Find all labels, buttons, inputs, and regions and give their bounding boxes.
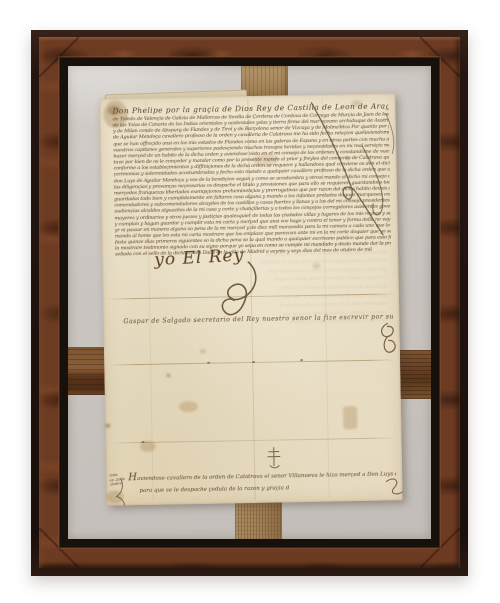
paper-stain	[166, 373, 170, 377]
cross-monogram	[268, 447, 280, 467]
manuscript-paper: omo se cumple mi mandado y desto mande d…	[99, 93, 402, 505]
mount-strip-top	[241, 66, 288, 99]
fold-stitch-mark	[252, 361, 255, 363]
mount-strip-left	[68, 347, 105, 395]
paper-stain	[343, 406, 357, 429]
paper-stain	[200, 349, 206, 354]
fold-stitch-mark	[142, 441, 145, 443]
rubric-flourish-eight	[381, 323, 395, 352]
ink-speck	[346, 156, 349, 160]
mat-board: omo se cumple mi mandado y desto mande d…	[68, 66, 431, 539]
docket-text: Haviendose cavallero de la orden de Cala…	[128, 467, 396, 497]
picture-frame: omo se cumple mi mandado y desto mande d…	[31, 30, 468, 576]
ink-speck	[363, 130, 366, 134]
margin-scribble: vistaen 26 deotubre	[109, 471, 134, 499]
frame-inner-lip: omo se cumple mi mandado y desto mande d…	[59, 57, 440, 548]
paper-stain	[105, 424, 110, 428]
frame-burl-band: omo se cumple mi mandado y desto mande d…	[39, 37, 460, 568]
manuscript-body-text: Don Phelipe por la graçia de Dios Rey de…	[112, 101, 391, 256]
mount-strip-bottom	[235, 502, 282, 539]
framed-manuscript-photo: omo se cumple mi mandado y desto mande d…	[0, 0, 500, 603]
docket-line: para que se le despache çedula de la raz…	[139, 483, 289, 497]
margin-scribble-line: otubre	[110, 480, 132, 487]
fold-stitch-mark	[300, 359, 303, 361]
ink-speck	[339, 124, 342, 128]
fold-stitch-mark	[207, 362, 210, 364]
paper-stain	[179, 401, 198, 412]
